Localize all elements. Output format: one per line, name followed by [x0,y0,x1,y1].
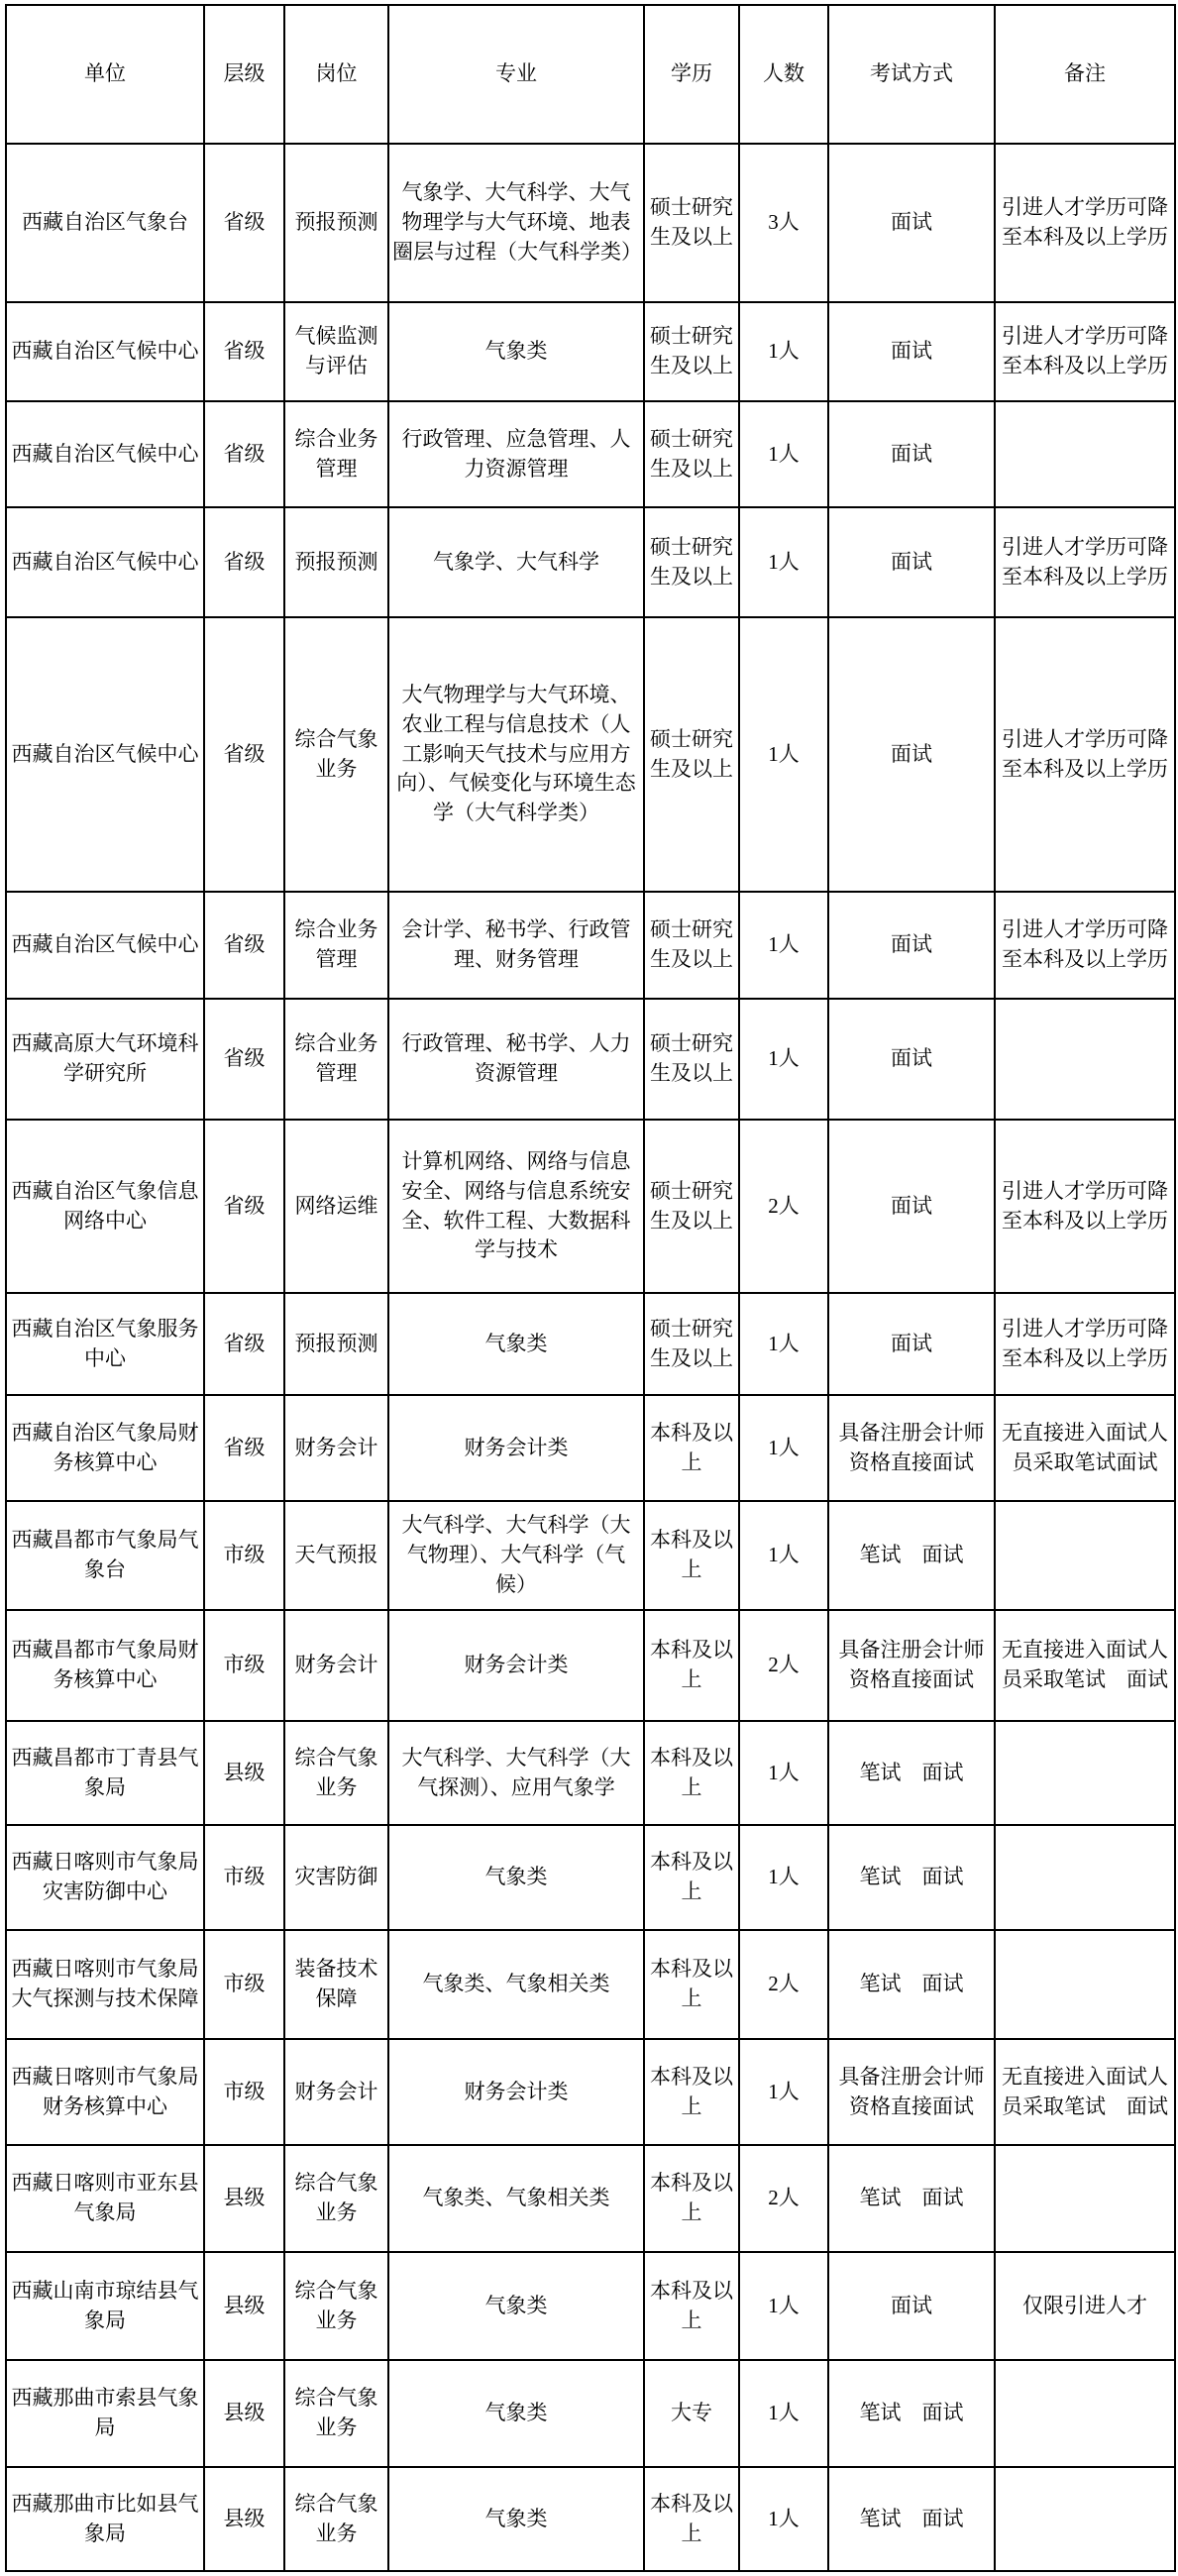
cell-remark [995,2467,1175,2571]
cell-education: 本科及以上 [644,1825,739,1930]
recruitment-table: 单位 层级 岗位 专业 学历 人数 考试方式 备注 西藏自治区气象台省级预报预测… [5,4,1176,2572]
cell-level: 省级 [204,1120,284,1293]
cell-major: 会计学、秘书学、行政管理、财务管理 [388,892,644,999]
table-row: 西藏昌都市丁青县气象局县级综合气象业务大气科学、大气科学（大气探测）、应用气象学… [6,1721,1175,1825]
cell-exam: 面试 [828,507,995,617]
cell-exam: 具备注册会计师资格直接面试 [828,1610,995,1721]
cell-position: 天气预报 [284,1501,388,1610]
cell-major: 气象学、大气科学 [388,507,644,617]
cell-exam: 笔试 面试 [828,2360,995,2467]
recruitment-table-sheet: 单位 层级 岗位 专业 学历 人数 考试方式 备注 西藏自治区气象台省级预报预测… [0,0,1178,2576]
cell-level: 县级 [204,2145,284,2252]
cell-remark [995,1930,1175,2039]
cell-count: 1人 [739,1501,828,1610]
cell-level: 市级 [204,2039,284,2145]
cell-count: 1人 [739,999,828,1120]
cell-level: 县级 [204,2252,284,2360]
table-header: 单位 层级 岗位 专业 学历 人数 考试方式 备注 [6,5,1175,144]
cell-education: 硕士研究生及以上 [644,302,739,401]
cell-remark [995,2360,1175,2467]
cell-major: 气象类、气象相关类 [388,2145,644,2252]
cell-exam: 面试 [828,1120,995,1293]
table-body: 西藏自治区气象台省级预报预测气象学、大气科学、大气物理学与大气环境、地表圈层与过… [6,144,1175,2571]
cell-position: 综合业务管理 [284,401,388,507]
cell-unit: 西藏日喀则市气象局大气探测与技术保障 [6,1930,204,2039]
table-row: 西藏自治区气象台省级预报预测气象学、大气科学、大气物理学与大气环境、地表圈层与过… [6,144,1175,302]
cell-exam: 笔试 面试 [828,1721,995,1825]
cell-count: 2人 [739,2145,828,2252]
cell-exam: 面试 [828,401,995,507]
cell-position: 预报预测 [284,144,388,302]
cell-level: 市级 [204,1501,284,1610]
table-row: 西藏日喀则市气象局财务核算中心市级财务会计财务会计类本科及以上1人具备注册会计师… [6,2039,1175,2145]
cell-position: 网络运维 [284,1120,388,1293]
cell-exam: 笔试 面试 [828,2145,995,2252]
cell-position: 综合气象业务 [284,2145,388,2252]
cell-exam: 笔试 面试 [828,2467,995,2571]
cell-education: 本科及以上 [644,1395,739,1501]
cell-remark: 引进人才学历可降至本科及以上学历 [995,507,1175,617]
cell-count: 1人 [739,2467,828,2571]
cell-unit: 西藏自治区气象信息网络中心 [6,1120,204,1293]
cell-major: 气象类 [388,302,644,401]
cell-major: 气象类 [388,1293,644,1395]
cell-education: 本科及以上 [644,1721,739,1825]
cell-level: 县级 [204,2360,284,2467]
cell-unit: 西藏自治区气象台 [6,144,204,302]
cell-major: 行政管理、应急管理、人力资源管理 [388,401,644,507]
cell-exam: 面试 [828,302,995,401]
cell-education: 本科及以上 [644,1930,739,2039]
cell-education: 硕士研究生及以上 [644,1120,739,1293]
header-count: 人数 [739,5,828,144]
cell-position: 财务会计 [284,2039,388,2145]
cell-count: 1人 [739,2039,828,2145]
table-row: 西藏自治区气象信息网络中心省级网络运维计算机网络、网络与信息安全、网络与信息系统… [6,1120,1175,1293]
cell-major: 气象类 [388,1825,644,1930]
table-row: 西藏自治区气候中心省级综合气象业务大气物理学与大气环境、农业工程与信息技术（人工… [6,617,1175,892]
cell-count: 2人 [739,1610,828,1721]
cell-exam: 面试 [828,617,995,892]
cell-major: 气象类 [388,2252,644,2360]
cell-unit: 西藏高原大气环境科学研究所 [6,999,204,1120]
table-row: 西藏日喀则市气象局灾害防御中心市级灾害防御气象类本科及以上1人笔试 面试 [6,1825,1175,1930]
cell-exam: 笔试 面试 [828,1825,995,1930]
cell-exam: 面试 [828,144,995,302]
cell-count: 3人 [739,144,828,302]
cell-education: 硕士研究生及以上 [644,1293,739,1395]
cell-unit: 西藏自治区气候中心 [6,507,204,617]
cell-exam: 笔试 面试 [828,1501,995,1610]
cell-unit: 西藏自治区气候中心 [6,617,204,892]
header-education: 学历 [644,5,739,144]
cell-education: 本科及以上 [644,2145,739,2252]
cell-unit: 西藏昌都市气象局气象台 [6,1501,204,1610]
cell-remark [995,1721,1175,1825]
cell-position: 财务会计 [284,1395,388,1501]
cell-remark: 引进人才学历可降至本科及以上学历 [995,144,1175,302]
cell-unit: 西藏自治区气象服务中心 [6,1293,204,1395]
cell-unit: 西藏昌都市丁青县气象局 [6,1721,204,1825]
cell-unit: 西藏日喀则市气象局灾害防御中心 [6,1825,204,1930]
header-major: 专业 [388,5,644,144]
cell-education: 本科及以上 [644,1610,739,1721]
cell-remark: 引进人才学历可降至本科及以上学历 [995,617,1175,892]
cell-education: 本科及以上 [644,2467,739,2571]
cell-education: 本科及以上 [644,2252,739,2360]
cell-position: 综合气象业务 [284,2252,388,2360]
cell-position: 气候监测与评估 [284,302,388,401]
cell-exam: 面试 [828,999,995,1120]
cell-major: 计算机网络、网络与信息安全、网络与信息系统安全、软件工程、大数据科学与技术 [388,1120,644,1293]
cell-unit: 西藏日喀则市气象局财务核算中心 [6,2039,204,2145]
table-row: 西藏自治区气候中心省级预报预测气象学、大气科学硕士研究生及以上1人面试引进人才学… [6,507,1175,617]
cell-remark [995,401,1175,507]
cell-count: 1人 [739,507,828,617]
table-row: 西藏山南市琼结县气象局县级综合气象业务气象类本科及以上1人面试仅限引进人才 [6,2252,1175,2360]
cell-position: 综合气象业务 [284,617,388,892]
cell-unit: 西藏自治区气候中心 [6,302,204,401]
cell-remark: 引进人才学历可降至本科及以上学历 [995,302,1175,401]
cell-position: 综合业务管理 [284,892,388,999]
cell-exam: 面试 [828,2252,995,2360]
cell-major: 财务会计类 [388,1610,644,1721]
table-row: 西藏昌都市气象局财务核算中心市级财务会计财务会计类本科及以上2人具备注册会计师资… [6,1610,1175,1721]
cell-level: 省级 [204,1395,284,1501]
cell-major: 行政管理、秘书学、人力资源管理 [388,999,644,1120]
cell-exam: 面试 [828,892,995,999]
cell-count: 1人 [739,1395,828,1501]
header-unit: 单位 [6,5,204,144]
cell-education: 硕士研究生及以上 [644,617,739,892]
cell-major: 大气科学、大气科学（大气探测）、应用气象学 [388,1721,644,1825]
cell-education: 大专 [644,2360,739,2467]
cell-exam: 笔试 面试 [828,1930,995,2039]
cell-major: 大气科学、大气科学（大气物理）、大气科学（气候） [388,1501,644,1610]
header-position: 岗位 [284,5,388,144]
cell-major: 气象类、气象相关类 [388,1930,644,2039]
cell-count: 2人 [739,1120,828,1293]
cell-position: 灾害防御 [284,1825,388,1930]
cell-count: 1人 [739,1825,828,1930]
cell-count: 1人 [739,1721,828,1825]
table-row: 西藏自治区气象局财务核算中心省级财务会计财务会计类本科及以上1人具备注册会计师资… [6,1395,1175,1501]
cell-remark: 无直接进入面试人员采取笔试 面试 [995,2039,1175,2145]
cell-count: 1人 [739,892,828,999]
cell-level: 省级 [204,892,284,999]
cell-remark: 引进人才学历可降至本科及以上学历 [995,1120,1175,1293]
cell-position: 综合业务管理 [284,999,388,1120]
cell-level: 省级 [204,617,284,892]
cell-level: 县级 [204,1721,284,1825]
table-row: 西藏自治区气候中心省级气候监测与评估气象类硕士研究生及以上1人面试引进人才学历可… [6,302,1175,401]
cell-count: 1人 [739,2252,828,2360]
cell-unit: 西藏那曲市索县气象局 [6,2360,204,2467]
cell-remark: 无直接进入面试人员采取笔试 面试 [995,1610,1175,1721]
cell-unit: 西藏山南市琼结县气象局 [6,2252,204,2360]
cell-position: 预报预测 [284,1293,388,1395]
cell-education: 硕士研究生及以上 [644,999,739,1120]
cell-unit: 西藏日喀则市亚东县气象局 [6,2145,204,2252]
table-row: 西藏高原大气环境科学研究所省级综合业务管理行政管理、秘书学、人力资源管理硕士研究… [6,999,1175,1120]
cell-remark [995,1825,1175,1930]
header-remark: 备注 [995,5,1175,144]
cell-position: 预报预测 [284,507,388,617]
table-row: 西藏日喀则市气象局大气探测与技术保障市级装备技术保障气象类、气象相关类本科及以上… [6,1930,1175,2039]
cell-remark: 引进人才学历可降至本科及以上学历 [995,892,1175,999]
cell-position: 综合气象业务 [284,1721,388,1825]
cell-remark [995,999,1175,1120]
cell-major: 气象类 [388,2467,644,2571]
table-row: 西藏自治区气候中心省级综合业务管理会计学、秘书学、行政管理、财务管理硕士研究生及… [6,892,1175,999]
cell-level: 市级 [204,1610,284,1721]
cell-major: 气象学、大气科学、大气物理学与大气环境、地表圈层与过程（大气科学类） [388,144,644,302]
table-row: 西藏日喀则市亚东县气象局县级综合气象业务气象类、气象相关类本科及以上2人笔试 面… [6,2145,1175,2252]
cell-education: 本科及以上 [644,2039,739,2145]
cell-major: 气象类 [388,2360,644,2467]
header-row: 单位 层级 岗位 专业 学历 人数 考试方式 备注 [6,5,1175,144]
cell-education: 硕士研究生及以上 [644,401,739,507]
cell-unit: 西藏自治区气象局财务核算中心 [6,1395,204,1501]
cell-education: 硕士研究生及以上 [644,507,739,617]
cell-level: 市级 [204,1930,284,2039]
cell-major: 财务会计类 [388,2039,644,2145]
table-row: 西藏昌都市气象局气象台市级天气预报大气科学、大气科学（大气物理）、大气科学（气候… [6,1501,1175,1610]
cell-exam: 面试 [828,1293,995,1395]
cell-exam: 具备注册会计师资格直接面试 [828,2039,995,2145]
cell-level: 省级 [204,144,284,302]
cell-exam: 具备注册会计师资格直接面试 [828,1395,995,1501]
cell-major: 大气物理学与大气环境、农业工程与信息技术（人工影响天气技术与应用方向）、气候变化… [388,617,644,892]
cell-position: 装备技术保障 [284,1930,388,2039]
cell-remark [995,2145,1175,2252]
table-row: 西藏那曲市比如县气象局县级综合气象业务气象类本科及以上1人笔试 面试 [6,2467,1175,2571]
cell-education: 硕士研究生及以上 [644,144,739,302]
cell-remark: 引进人才学历可降至本科及以上学历 [995,1293,1175,1395]
cell-remark: 仅限引进人才 [995,2252,1175,2360]
cell-level: 省级 [204,999,284,1120]
cell-unit: 西藏自治区气候中心 [6,401,204,507]
cell-count: 1人 [739,2360,828,2467]
cell-level: 县级 [204,2467,284,2571]
table-row: 西藏自治区气象服务中心省级预报预测气象类硕士研究生及以上1人面试引进人才学历可降… [6,1293,1175,1395]
cell-unit: 西藏昌都市气象局财务核算中心 [6,1610,204,1721]
cell-unit: 西藏自治区气候中心 [6,892,204,999]
cell-count: 1人 [739,1293,828,1395]
table-row: 西藏那曲市索县气象局县级综合气象业务气象类大专1人笔试 面试 [6,2360,1175,2467]
cell-level: 省级 [204,401,284,507]
cell-count: 2人 [739,1930,828,2039]
cell-position: 财务会计 [284,1610,388,1721]
header-level: 层级 [204,5,284,144]
cell-remark [995,1501,1175,1610]
cell-count: 1人 [739,617,828,892]
cell-education: 硕士研究生及以上 [644,892,739,999]
cell-level: 省级 [204,1293,284,1395]
header-exam: 考试方式 [828,5,995,144]
cell-education: 本科及以上 [644,1501,739,1610]
cell-count: 1人 [739,401,828,507]
cell-position: 综合气象业务 [284,2360,388,2467]
cell-remark: 无直接进入面试人员采取笔试面试 [995,1395,1175,1501]
cell-position: 综合气象业务 [284,2467,388,2571]
table-row: 西藏自治区气候中心省级综合业务管理行政管理、应急管理、人力资源管理硕士研究生及以… [6,401,1175,507]
cell-major: 财务会计类 [388,1395,644,1501]
cell-count: 1人 [739,302,828,401]
cell-unit: 西藏那曲市比如县气象局 [6,2467,204,2571]
cell-level: 省级 [204,302,284,401]
cell-level: 市级 [204,1825,284,1930]
cell-level: 省级 [204,507,284,617]
